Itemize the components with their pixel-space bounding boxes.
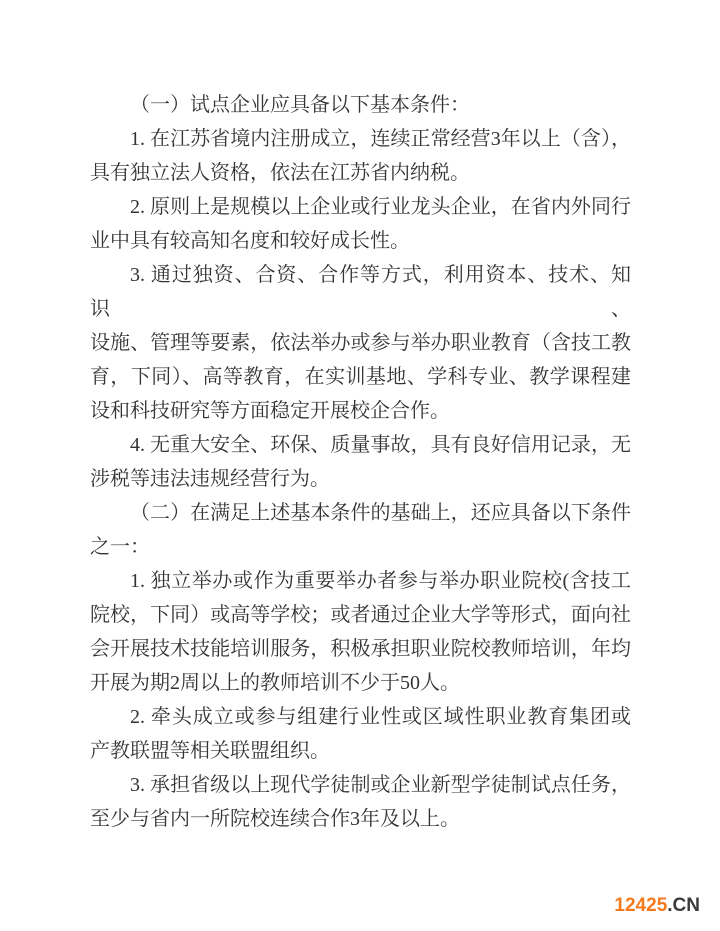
text-line: 育，下同）、高等教育，在实训基地、学科专业、教学课程建 (90, 360, 631, 394)
text-line: 设施、管理等要素，依法举办或参与举办职业教育（含技工教 (90, 326, 631, 360)
text-line: 至少与省内一所院校连续合作3年及以上。 (90, 802, 631, 836)
text-line: 2. 牵头成立或参与组建行业性或区域性职业教育集团或 (90, 700, 631, 734)
watermark-suffix: .CN (667, 895, 700, 916)
text-line: 会开展技术技能培训服务，积极承担职业院校教师培训，年均 (90, 632, 631, 666)
text-line: （一）试点企业应具备以下基本条件： (90, 88, 631, 122)
watermark-number: 12425 (614, 895, 667, 916)
text-line: 业中具有较高知名度和较好成长性。 (90, 224, 631, 258)
text-line: 3. 通过独资、合资、合作等方式，利用资本、技术、知识、 (90, 258, 631, 326)
text-line: 之一： (90, 530, 631, 564)
text-line: 涉税等违法违规经营行为。 (90, 462, 631, 496)
text-line: 设和科技研究等方面稳定开展校企合作。 (90, 394, 631, 428)
watermark: 12425.CN (614, 895, 700, 917)
text-line: 产教联盟等相关联盟组织。 (90, 734, 631, 768)
text-line: 开展为期2周以上的教师培训不少于50人。 (90, 666, 631, 700)
text-line: （二）在满足上述基本条件的基础上，还应具备以下条件 (90, 496, 631, 530)
text-line: 院校，下同）或高等学校；或者通过企业大学等形式，面向社 (90, 598, 631, 632)
text-line: 3. 承担省级以上现代学徒制或企业新型学徒制试点任务， (90, 768, 631, 802)
text-line: 1. 独立举办或作为重要举办者参与举办职业院校(含技工 (90, 564, 631, 598)
text-line: 具有独立法人资格，依法在江苏省内纳税。 (90, 156, 631, 190)
text-line: 2. 原则上是规模以上企业或行业龙头企业，在省内外同行 (90, 190, 631, 224)
text-line: 4. 无重大安全、环保、质量事故，具有良好信用记录，无 (90, 428, 631, 462)
document-page: （一）试点企业应具备以下基本条件：1. 在江苏省境内注册成立，连续正常经营3年以… (0, 0, 720, 931)
document-body: （一）试点企业应具备以下基本条件：1. 在江苏省境内注册成立，连续正常经营3年以… (90, 88, 631, 836)
text-line: 1. 在江苏省境内注册成立，连续正常经营3年以上（含）， (90, 122, 631, 156)
